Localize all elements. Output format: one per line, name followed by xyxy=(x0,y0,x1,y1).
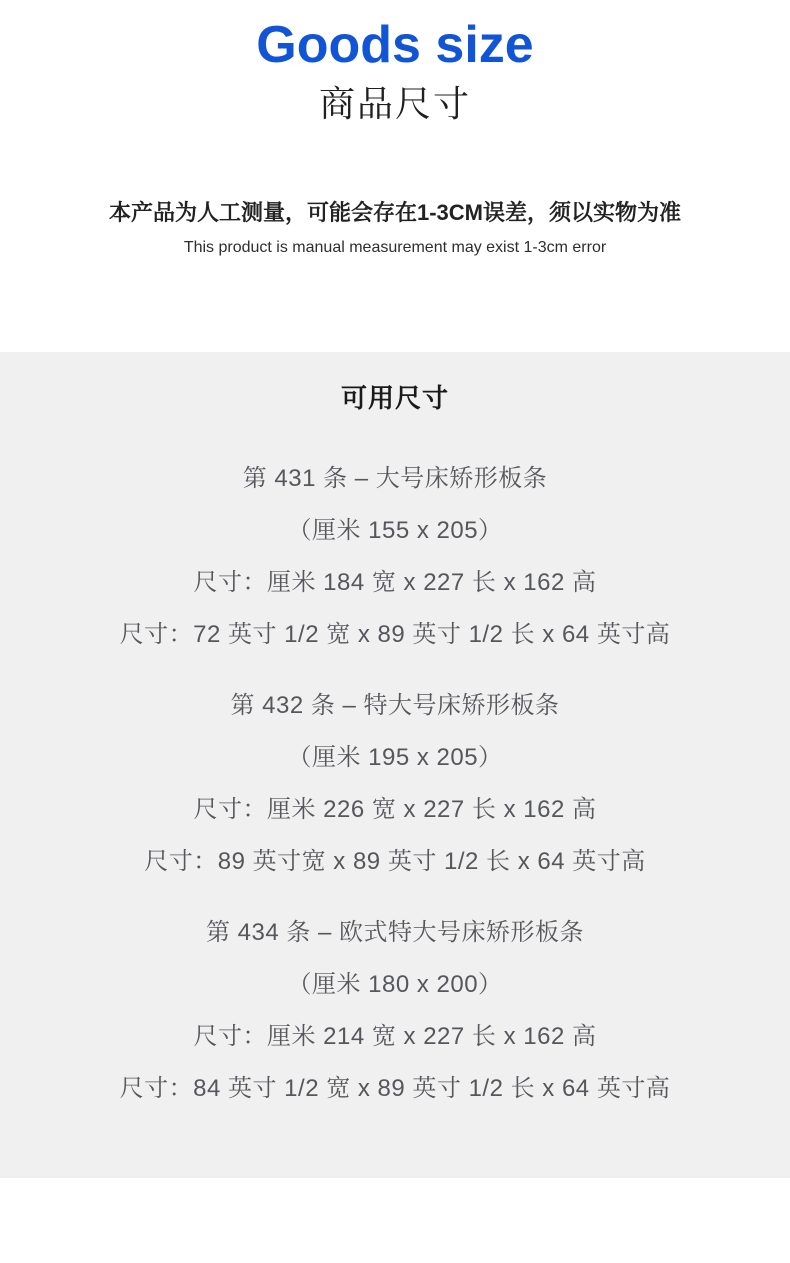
disclaimer-text-zh: 本产品为人工测量，可能会存在1-3CM误差，须以实物为准 xyxy=(0,199,790,227)
size-block-cm-dimensions: 尺寸：厘米 214 宽 x 227 长 x 162 高 xyxy=(0,1023,790,1051)
size-block-434: 第 434 条 – 欧式特大号床矫形板条 （厘米 180 x 200） 尺寸：厘… xyxy=(0,919,790,1103)
size-block-title: 第 431 条 – 大号床矫形板条 xyxy=(0,465,790,493)
footer-spacer xyxy=(0,1178,790,1263)
available-sizes-panel: 可用尺寸 第 431 条 – 大号床矫形板条 （厘米 155 x 205） 尺寸… xyxy=(0,352,790,1178)
header-section: Goods size 商品尺寸 本产品为人工测量，可能会存在1-3CM误差，须以… xyxy=(0,0,790,352)
size-block-inch-dimensions: 尺寸：84 英寸 1/2 宽 x 89 英寸 1/2 长 x 64 英寸高 xyxy=(0,1075,790,1103)
goods-size-page: Goods size 商品尺寸 本产品为人工测量，可能会存在1-3CM误差，须以… xyxy=(0,0,790,1263)
size-block-title: 第 432 条 – 特大号床矫形板条 xyxy=(0,692,790,720)
size-block-base-size: （厘米 180 x 200） xyxy=(0,971,790,999)
size-block-432: 第 432 条 – 特大号床矫形板条 （厘米 195 x 205） 尺寸：厘米 … xyxy=(0,692,790,876)
disclaimer-text-en: This product is manual measurement may e… xyxy=(0,238,790,258)
size-block-cm-dimensions: 尺寸：厘米 226 宽 x 227 长 x 162 高 xyxy=(0,796,790,824)
available-sizes-heading: 可用尺寸 xyxy=(0,384,790,412)
size-block-inch-dimensions: 尺寸：89 英寸宽 x 89 英寸 1/2 长 x 64 英寸高 xyxy=(0,848,790,876)
size-block-base-size: （厘米 155 x 205） xyxy=(0,517,790,545)
size-block-cm-dimensions: 尺寸：厘米 184 宽 x 227 长 x 162 高 xyxy=(0,569,790,597)
size-block-inch-dimensions: 尺寸：72 英寸 1/2 宽 x 89 英寸 1/2 长 x 64 英寸高 xyxy=(0,621,790,649)
size-block-base-size: （厘米 195 x 205） xyxy=(0,744,790,772)
size-block-431: 第 431 条 – 大号床矫形板条 （厘米 155 x 205） 尺寸：厘米 1… xyxy=(0,465,790,649)
size-block-title: 第 434 条 – 欧式特大号床矫形板条 xyxy=(0,919,790,947)
page-title-en: Goods size xyxy=(0,0,790,74)
page-title-zh: 商品尺寸 xyxy=(0,84,790,124)
